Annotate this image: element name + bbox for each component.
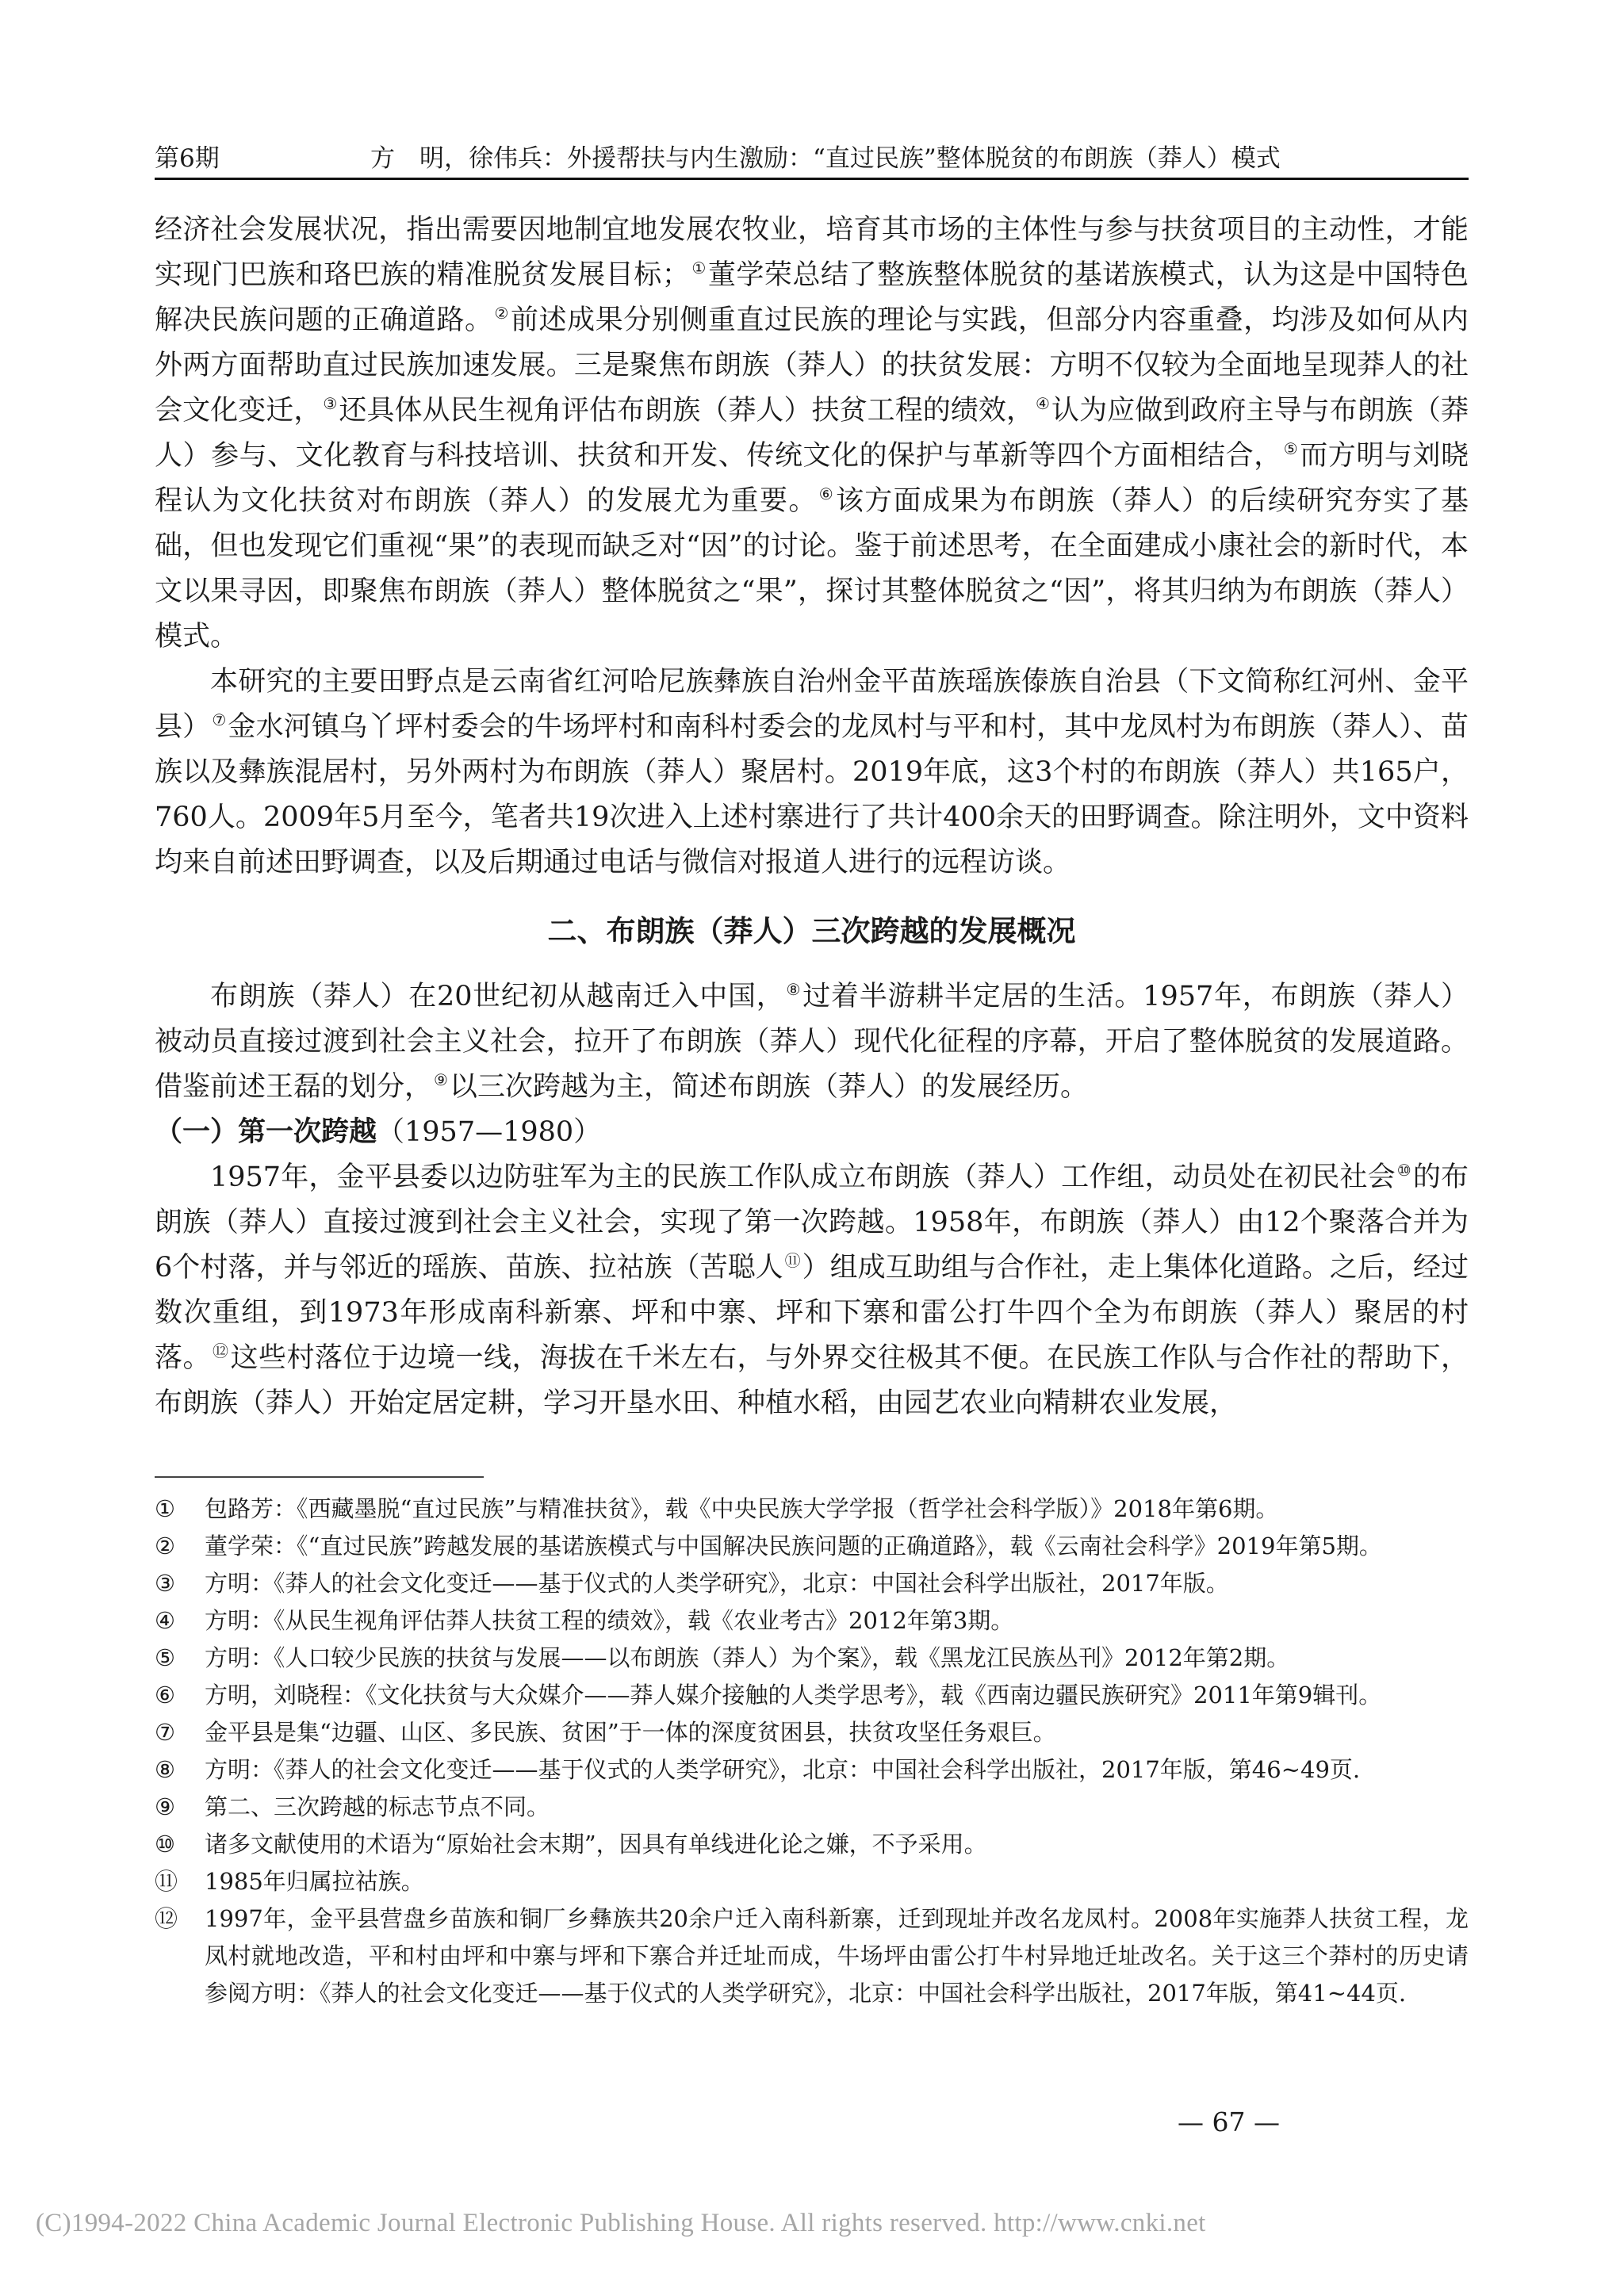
footnote-item: ⑧方明：《莽人的社会文化变迁——基于仪式的人类学研究》，北京：中国社会科学出版社… xyxy=(155,1751,1469,1789)
footnote-ref-5[interactable]: ⑤ xyxy=(1284,439,1298,458)
footnote-ref-9[interactable]: ⑨ xyxy=(434,1070,448,1089)
footnote-ref-3[interactable]: ③ xyxy=(323,394,337,413)
paragraph-overview: 布朗族（莽人）在20世纪初从越南迁入中国，⑧过着半游耕半定居的生活。1957年，… xyxy=(155,974,1469,1110)
copyright-watermark: (C)1994-2022 China Academic Journal Elec… xyxy=(36,2209,1206,2238)
footnote-ref-11[interactable]: ⑪ xyxy=(785,1251,801,1270)
article-running-title: 方 明，徐伟兵：外援帮扶与内生激励：“直过民族”整体脱贫的布朗族（莽人）模式 xyxy=(370,141,1281,176)
header-rule xyxy=(155,178,1469,180)
footnote-ref-4[interactable]: ④ xyxy=(1036,394,1050,413)
footnote-ref-8[interactable]: ⑧ xyxy=(787,980,802,999)
footnote-item: ③方明：《莽人的社会文化变迁——基于仪式的人类学研究》，北京：中国社会科学出版社… xyxy=(155,1565,1469,1602)
sub-heading-title: （一）第一次跨越 xyxy=(155,1116,377,1148)
page-number: — 67 — xyxy=(1178,2105,1280,2140)
footnote-ref-7[interactable]: ⑦ xyxy=(212,710,226,729)
footnote-ref-2[interactable]: ② xyxy=(495,304,509,323)
issue-label: 第6期 xyxy=(155,141,220,176)
footnote-ref-1[interactable]: ① xyxy=(691,258,707,277)
footnote-item: ⑤方明：《人口较少民族的扶贫与发展——以布朗族（莽人）为个案》，载《黑龙江民族丛… xyxy=(155,1640,1469,1677)
sub-heading-period: （1957—1980） xyxy=(377,1116,601,1148)
footnote-item: ②董学荣：《“直过民族”跨越发展的基诺族模式与中国解决民族问题的正确道路》，载《… xyxy=(155,1528,1469,1565)
footnote-ref-6[interactable]: ⑥ xyxy=(819,484,834,503)
footnote-ref-10[interactable]: ⑩ xyxy=(1397,1161,1411,1180)
running-header: 第6期 方 明，徐伟兵：外援帮扶与内生激励：“直过民族”整体脱贫的布朗族（莽人）… xyxy=(155,141,1469,176)
paragraph-first-leap: 1957年，金平县委以边防驻军为主的民族工作队成立布朗族（莽人）工作组，动员处在… xyxy=(155,1155,1469,1426)
footnote-item: ⑫1997年，金平县营盘乡苗族和铜厂乡彝族共20余户迁入南科新寨，迁到现址并改名… xyxy=(155,1900,1469,2012)
footnote-item: ①包路芳：《西藏墨脱“直过民族”与精准扶贫》，载《中央民族大学学报（哲学社会科学… xyxy=(155,1490,1469,1528)
paragraph-literature-review: 经济社会发展状况，指出需要因地制宜地发展农牧业，培育其市场的主体性与参与扶贫项目… xyxy=(155,208,1469,660)
footnote-ref-12[interactable]: ⑫ xyxy=(213,1341,229,1360)
footnote-item: ⑪1985年归属拉祜族。 xyxy=(155,1863,1469,1900)
footnote-separator xyxy=(155,1476,484,1478)
article-body: 经济社会发展状况，指出需要因地制宜地发展农牧业，培育其市场的主体性与参与扶贫项目… xyxy=(155,208,1469,1426)
paragraph-field-sites: 本研究的主要田野点是云南省红河哈尼族彝族自治州金平苗族瑶族傣族自治县（下文简称红… xyxy=(155,660,1469,886)
footnote-item: ④方明：《从民生视角评估莽人扶贫工程的绩效》，载《农业考古》2012年第3期。 xyxy=(155,1602,1469,1640)
footnote-item: ⑥方明，刘晓程：《文化扶贫与大众媒介——莽人媒介接触的人类学思考》，载《西南边疆… xyxy=(155,1677,1469,1714)
footnote-item: ⑦金平县是集“边疆、山区、多民族、贫困”于一体的深度贫困县，扶贫攻坚任务艰巨。 xyxy=(155,1714,1469,1751)
section-heading: 二、布朗族（莽人）三次跨越的发展概况 xyxy=(155,908,1469,955)
footnote-item: ⑨第二、三次跨越的标志节点不同。 xyxy=(155,1789,1469,1826)
footnote-item: ⑩诸多文献使用的术语为“原始社会末期”，因具有单线进化论之嫌，不予采用。 xyxy=(155,1826,1469,1863)
footnotes: ①包路芳：《西藏墨脱“直过民族”与精准扶贫》，载《中央民族大学学报（哲学社会科学… xyxy=(155,1490,1469,2012)
sub-heading: （一）第一次跨越（1957—1980） xyxy=(155,1110,1469,1155)
